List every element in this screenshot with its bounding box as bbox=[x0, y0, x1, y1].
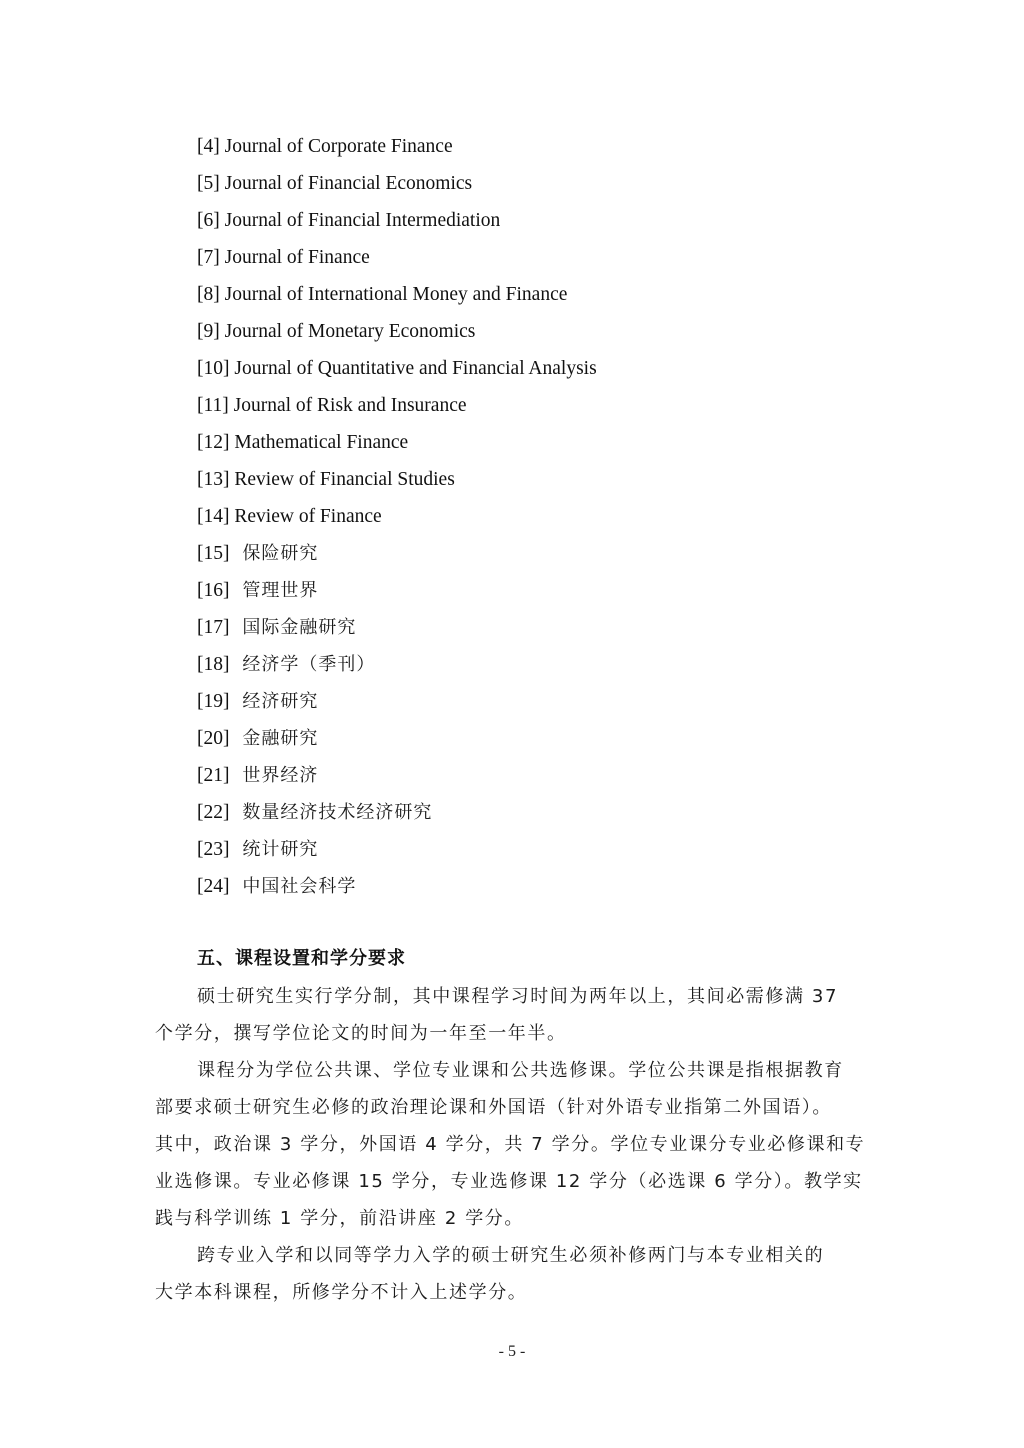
reference-item: [18] 经济学（季刊） bbox=[197, 652, 597, 689]
reference-title: Journal of Corporate Finance bbox=[225, 136, 453, 157]
reference-item: [21] 世界经济 bbox=[197, 763, 597, 800]
paragraph-line: 课程分为学位公共课、学位专业课和公共选修课。学位公共课是指根据教育 bbox=[197, 1058, 844, 1084]
reference-item: [12] Mathematical Finance bbox=[197, 430, 597, 467]
reference-item: [13] Review of Financial Studies bbox=[197, 467, 597, 504]
reference-title: 保险研究 bbox=[242, 543, 318, 564]
reference-item: [17] 国际金融研究 bbox=[197, 615, 597, 652]
reference-number: [24] bbox=[197, 876, 230, 897]
reference-number: [5] bbox=[197, 173, 220, 194]
reference-item: [5] Journal of Financial Economics bbox=[197, 171, 597, 208]
reference-title: Journal of Quantitative and Financial An… bbox=[234, 358, 596, 379]
paragraph-line: 硕士研究生实行学分制，其中课程学习时间为两年以上，其间必需修满 37 bbox=[197, 984, 838, 1010]
paragraph-line: 大学本科课程，所修学分不计入上述学分。 bbox=[155, 1280, 527, 1306]
reference-title: Mathematical Finance bbox=[234, 432, 408, 453]
reference-item: [16] 管理世界 bbox=[197, 578, 597, 615]
reference-item: [9] Journal of Monetary Economics bbox=[197, 319, 597, 356]
reference-title: 数量经济技术经济研究 bbox=[242, 802, 432, 823]
reference-number: [23] bbox=[197, 839, 230, 860]
reference-title: Journal of Risk and Insurance bbox=[234, 395, 467, 416]
reference-number: [4] bbox=[197, 136, 220, 157]
reference-number: [21] bbox=[197, 765, 230, 786]
reference-number: [10] bbox=[197, 358, 230, 379]
reference-number: [19] bbox=[197, 691, 230, 712]
reference-item: [6] Journal of Financial Intermediation bbox=[197, 208, 597, 245]
reference-item: [19] 经济研究 bbox=[197, 689, 597, 726]
paragraph-line: 业选修课。专业必修课 15 学分，专业选修课 12 学分（必选课 6 学分）。教… bbox=[155, 1169, 863, 1195]
reference-title: Journal of Finance bbox=[225, 247, 370, 268]
reference-number: [14] bbox=[197, 506, 230, 527]
reference-item: [4] Journal of Corporate Finance bbox=[197, 134, 597, 171]
reference-item: [7] Journal of Finance bbox=[197, 245, 597, 282]
document-page: [4] Journal of Corporate Finance [5] Jou… bbox=[0, 0, 1024, 1448]
reference-number: [20] bbox=[197, 728, 230, 749]
reference-title: 管理世界 bbox=[242, 580, 318, 601]
reference-number: [18] bbox=[197, 654, 230, 675]
reference-title: Journal of Financial Intermediation bbox=[225, 210, 501, 231]
reference-title: Journal of Monetary Economics bbox=[225, 321, 476, 342]
reference-title: 经济研究 bbox=[242, 691, 318, 712]
page-number: - 5 - bbox=[0, 1343, 1024, 1361]
reference-title: 经济学（季刊） bbox=[242, 654, 375, 675]
reference-title: 世界经济 bbox=[242, 765, 318, 786]
reference-item: [14] Review of Finance bbox=[197, 504, 597, 541]
reference-title: Journal of Financial Economics bbox=[225, 173, 472, 194]
paragraph-line: 践与科学训练 1 学分，前沿讲座 2 学分。 bbox=[155, 1206, 524, 1232]
reference-item: [22] 数量经济技术经济研究 bbox=[197, 800, 597, 837]
reference-title: 统计研究 bbox=[242, 839, 318, 860]
reference-item: [24] 中国社会科学 bbox=[197, 874, 597, 911]
reference-item: [8] Journal of International Money and F… bbox=[197, 282, 597, 319]
paragraph-line: 个学分，撰写学位论文的时间为一年至一年半。 bbox=[155, 1021, 567, 1047]
reference-number: [22] bbox=[197, 802, 230, 823]
reference-title: 国际金融研究 bbox=[242, 617, 356, 638]
reference-title: Journal of International Money and Finan… bbox=[225, 284, 568, 305]
reference-item: [10] Journal of Quantitative and Financi… bbox=[197, 356, 597, 393]
reference-number: [13] bbox=[197, 469, 230, 490]
reference-number: [15] bbox=[197, 543, 230, 564]
reference-number: [16] bbox=[197, 580, 230, 601]
reference-title: Review of Financial Studies bbox=[234, 469, 454, 490]
reference-number: [12] bbox=[197, 432, 230, 453]
reference-item: [20] 金融研究 bbox=[197, 726, 597, 763]
reference-item: [11] Journal of Risk and Insurance bbox=[197, 393, 597, 430]
paragraph-line: 其中，政治课 3 学分，外国语 4 学分，共 7 学分。学位专业课分专业必修课和… bbox=[155, 1132, 865, 1158]
reference-item: [15] 保险研究 bbox=[197, 541, 597, 578]
reference-number: [11] bbox=[197, 395, 229, 416]
reference-title: 中国社会科学 bbox=[242, 876, 356, 897]
reference-item: [23] 统计研究 bbox=[197, 837, 597, 874]
reference-number: [9] bbox=[197, 321, 220, 342]
reference-number: [7] bbox=[197, 247, 220, 268]
reference-number: [8] bbox=[197, 284, 220, 305]
paragraph-line: 跨专业入学和以同等学力入学的硕士研究生必须补修两门与本专业相关的 bbox=[197, 1243, 824, 1269]
reference-number: [17] bbox=[197, 617, 230, 638]
reference-title: 金融研究 bbox=[242, 728, 318, 749]
reference-number: [6] bbox=[197, 210, 220, 231]
reference-title: Review of Finance bbox=[234, 506, 381, 527]
paragraph-line: 部要求硕士研究生必修的政治理论课和外国语（针对外语专业指第二外国语）。 bbox=[155, 1095, 832, 1121]
journal-reference-list: [4] Journal of Corporate Finance [5] Jou… bbox=[197, 134, 597, 911]
section-heading: 五、课程设置和学分要求 bbox=[197, 946, 406, 972]
